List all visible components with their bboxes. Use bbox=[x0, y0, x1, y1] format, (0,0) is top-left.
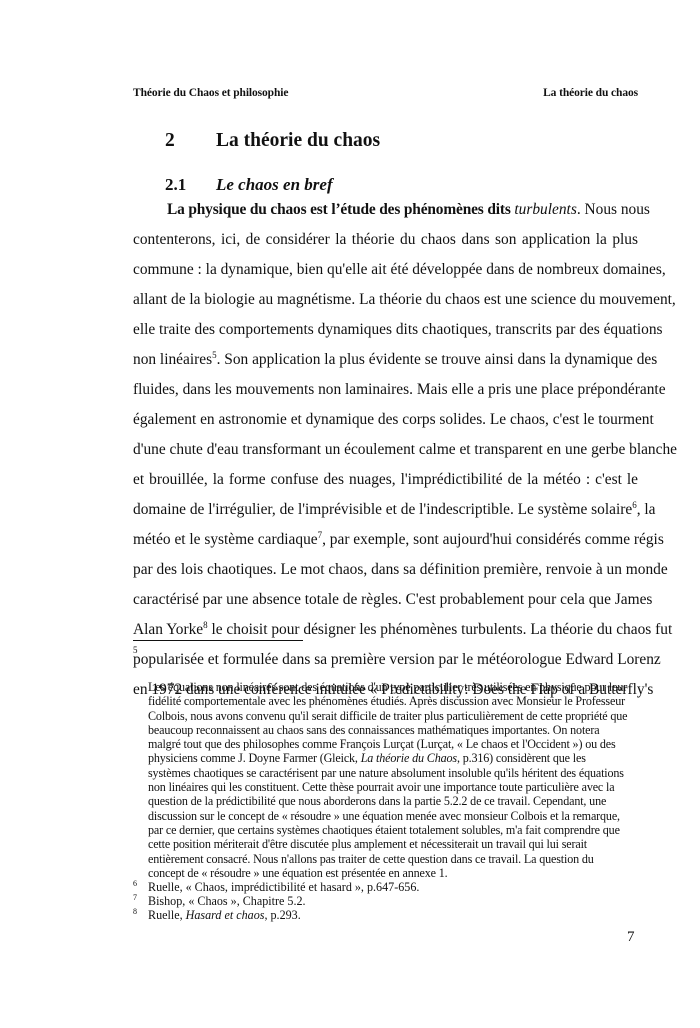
body-line: par des lois chaotiques. Le mot chaos, d… bbox=[133, 556, 638, 586]
body-line: domaine de l'irrégulier, de l'imprévisib… bbox=[133, 496, 638, 526]
footnote-line: fidélité comportementale avec les phénom… bbox=[148, 694, 638, 708]
body-line: météo et le système cardiaque7, par exem… bbox=[133, 526, 638, 556]
footnote-mark-8: 8 bbox=[133, 905, 137, 919]
footnote-separator bbox=[133, 640, 303, 641]
body-line: elle traite des comportements dynamiques… bbox=[133, 316, 638, 346]
lead-phrase: La physique du chaos est l’étude des phé… bbox=[167, 201, 514, 218]
body-line: La physique du chaos est l’étude des phé… bbox=[133, 196, 638, 226]
body-line: fluides, dans les mouvements non laminai… bbox=[133, 376, 638, 406]
footnote-line: non linéaires qui les constituent. Cette… bbox=[148, 780, 638, 794]
footnote-line: par ce dernier, que certains systèmes ch… bbox=[148, 823, 638, 837]
cited-book-title: La théorie du Chaos bbox=[361, 751, 457, 765]
cited-book-title: Hasard et chaos bbox=[186, 908, 265, 922]
subsection-number: 2.1 bbox=[165, 175, 186, 195]
footnote-line: malgré tout que des philosophes comme Fr… bbox=[148, 737, 638, 751]
body-line: caractérisé par une absence totale de rè… bbox=[133, 586, 638, 616]
footnote-line: systèmes chaotiques se caractérisent par… bbox=[148, 766, 638, 780]
footnote-line: Les équations non linéaires sont des équ… bbox=[148, 680, 638, 694]
body-line: d'une chute d'eau transformant un écoule… bbox=[133, 436, 638, 466]
body-line: et brouillée, la forme confuse des nuage… bbox=[133, 466, 638, 496]
body-line: allant de la biologie au magnétisme. La … bbox=[133, 286, 638, 316]
header-chapter-title: La théorie du chaos bbox=[543, 87, 638, 99]
section-number: 2 bbox=[165, 130, 175, 152]
footnote-mark-5: 5 bbox=[133, 645, 138, 655]
footnote-line: entièrement consacré. Nous n'allons pas … bbox=[148, 852, 638, 866]
footnote-line: cette position mériterait d'être discuté… bbox=[148, 837, 638, 851]
body-paragraph: La physique du chaos est l’étude des phé… bbox=[133, 196, 638, 706]
body-line: non linéaires5. Son application la plus … bbox=[133, 346, 638, 376]
document-page: Théorie du Chaos et philosophie La théor… bbox=[0, 0, 700, 1028]
body-line: contenterons, ici, de considérer la théo… bbox=[133, 226, 638, 256]
subsection-title: Le chaos en bref bbox=[216, 175, 333, 195]
header-document-title: Théorie du Chaos et philosophie bbox=[133, 87, 288, 99]
body-line: popularisée et formulée dans sa première… bbox=[133, 646, 638, 676]
footnote-mark-6: 6 bbox=[133, 877, 137, 891]
italic-term: turbulents bbox=[514, 201, 576, 218]
body-line: également en astronomie et dynamique des… bbox=[133, 406, 638, 436]
footnote-5: Les équations non linéaires sont des équ… bbox=[148, 680, 638, 880]
running-header: Théorie du Chaos et philosophie La théor… bbox=[133, 87, 638, 99]
footnote-line: concept de « résoudre » une équation est… bbox=[148, 866, 638, 880]
footnote-line: beaucoup reconnaissent au chaos sans des… bbox=[148, 723, 638, 737]
section-title: La théorie du chaos bbox=[216, 130, 380, 152]
body-line: Alan Yorke8 le choisit pour désigner les… bbox=[133, 616, 638, 646]
footnote-line: Colbois, nous avons convenu qu'il serait… bbox=[148, 709, 638, 723]
footnote-line: physiciens comme J. Doyne Farmer (Gleick… bbox=[148, 751, 638, 765]
footnote-mark-7: 7 bbox=[133, 891, 137, 905]
footnote-line: question de la prédictibilité que nous a… bbox=[148, 794, 638, 808]
body-line: commune : la dynamique, bien qu'elle ait… bbox=[133, 256, 638, 286]
footnote-line: discussion sur le concept de « résoudre … bbox=[148, 809, 638, 823]
page-number: 7 bbox=[627, 929, 635, 946]
